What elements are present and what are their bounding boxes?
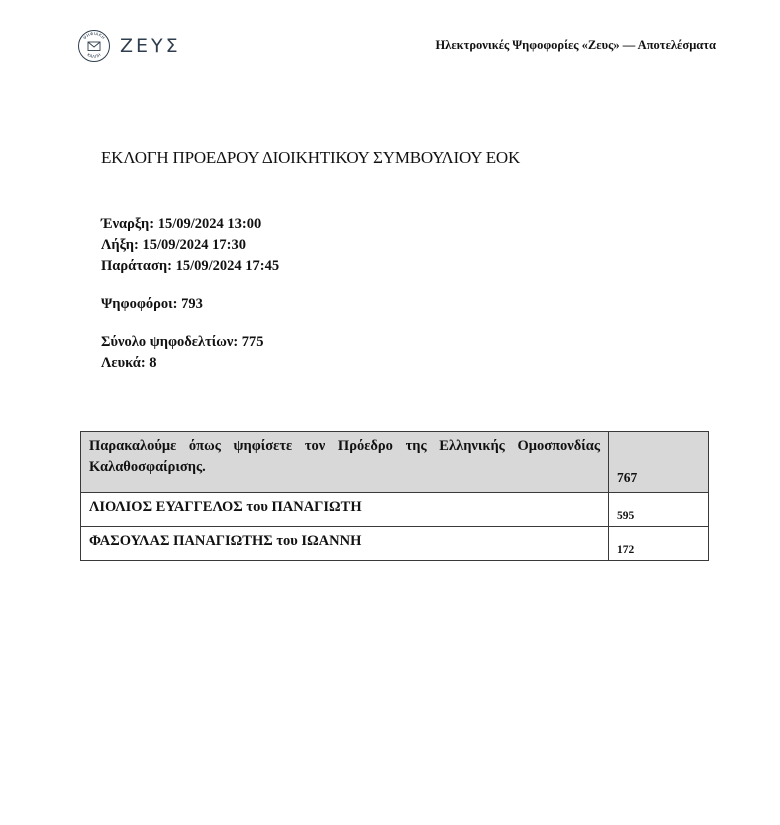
- envelope-ballot-seal-icon: ΨΗΦΙΑΚΗ ΚΑΛΠΗ: [77, 29, 111, 63]
- election-dates: Έναρξη: 15/09/2024 13:00 Λήξη: 15/09/202…: [101, 214, 279, 277]
- table-row: ΛΙΟΛΙΟΣ ΕΥΑΓΓΕΛΟΣ του ΠΑΝΑΓΙΩΤΗ 595: [81, 493, 709, 527]
- zeus-logo: ΨΗΦΙΑΚΗ ΚΑΛΠΗ ΖΕΥΣ: [77, 29, 181, 63]
- question-text: Παρακαλούμε όπως ψηφίσετε τον Πρόεδρο τη…: [81, 432, 609, 493]
- end-time: Λήξη: 15/09/2024 17:30: [101, 235, 279, 256]
- question-row: Παρακαλούμε όπως ψηφίσετε τον Πρόεδρο τη…: [81, 432, 709, 493]
- svg-text:ΚΑΛΠΗ: ΚΑΛΠΗ: [86, 52, 101, 59]
- total-ballots: Σύνολο ψηφοδελτίων: 775: [101, 332, 264, 353]
- table-row: ΦΑΣΟΥΛΑΣ ΠΑΝΑΓΙΩΤΗΣ του ΙΩΑΝΝΗ 172: [81, 527, 709, 561]
- question-total: 767: [609, 432, 709, 493]
- voters-count: Ψηφοφόροι: 793: [101, 294, 203, 315]
- candidate-votes: 595: [609, 493, 709, 527]
- blank-ballots: Λευκά: 8: [101, 353, 264, 374]
- voters-label: Ψηφοφόροι: 793: [101, 294, 203, 315]
- candidate-name: ΛΙΟΛΙΟΣ ΕΥΑΓΓΕΛΟΣ του ΠΑΝΑΓΙΩΤΗ: [81, 493, 609, 527]
- extension-time: Παράταση: 15/09/2024 17:45: [101, 256, 279, 277]
- start-time: Έναρξη: 15/09/2024 13:00: [101, 214, 279, 235]
- svg-text:ΨΗΦΙΑΚΗ: ΨΗΦΙΑΚΗ: [82, 31, 106, 40]
- ballot-summary: Σύνολο ψηφοδελτίων: 775 Λευκά: 8: [101, 332, 264, 374]
- logo-wordmark: ΖΕΥΣ: [120, 35, 181, 57]
- results-table: Παρακαλούμε όπως ψηφίσετε τον Πρόεδρο τη…: [80, 431, 709, 561]
- election-title: ΕΚΛΟΓΗ ΠΡΟΕΔΡΟΥ ΔΙΟΙΚΗΤΙΚΟΥ ΣΥΜΒΟΥΛΙΟΥ Ε…: [101, 148, 520, 168]
- document-header-label: Ηλεκτρονικές Ψηφοφορίες «Ζευς» — Αποτελέ…: [435, 38, 716, 53]
- candidate-votes: 172: [609, 527, 709, 561]
- candidate-name: ΦΑΣΟΥΛΑΣ ΠΑΝΑΓΙΩΤΗΣ του ΙΩΑΝΝΗ: [81, 527, 609, 561]
